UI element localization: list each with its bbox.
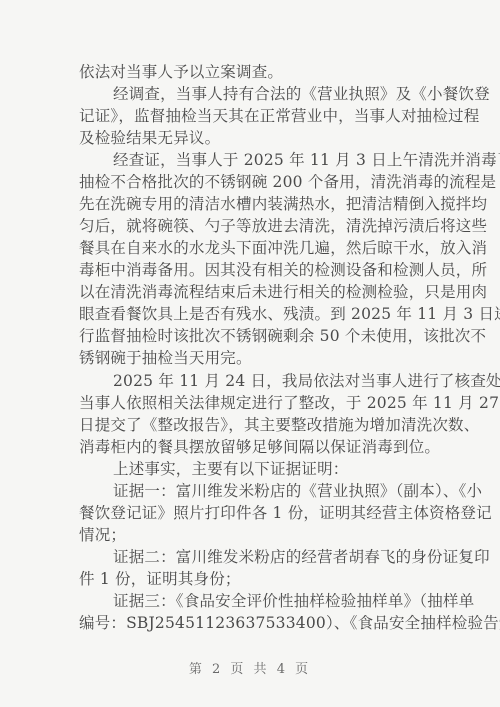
text-line: 以在清洗消毒流程结束后未进行相关的检测检验，只是用肉 xyxy=(79,281,424,303)
text-line: 依法对当事人予以立案调查。 xyxy=(79,61,424,83)
text-line: 编号：SBJ25451123637533400）、《食品安全抽样检验告知 xyxy=(79,612,424,634)
text-line: 经查证，当事人于 2025 年 11 月 3 日上午清洗并消毒了 xyxy=(113,149,424,171)
text-line: 证据二：富川维发米粉店的经营者胡春飞的身份证复印 xyxy=(113,546,424,568)
text-line: 经调查，当事人持有合法的《营业执照》及《小餐饮登 xyxy=(113,83,424,105)
text-line: 行监督抽检时该批次不锈钢碗剩余 50 个未使用，该批次不 xyxy=(79,325,424,347)
text-line: 餐饮登记证》照片打印件各 1 份，证明其经营主体资格登记 xyxy=(79,502,424,524)
text-line: 2025 年 11 月 24 日，我局依法对当事人进行了核查处置； xyxy=(113,370,424,392)
text-line: 毒柜中消毒备用。因其没有相关的检测设备和检测人员，所 xyxy=(79,259,424,281)
text-line: 情况； xyxy=(79,524,424,546)
text-line: 证据三：《食品安全评价性抽样检验抽样单》（抽样单 xyxy=(113,590,424,612)
text-line: 餐具在自来水的水龙头下面冲洗几遍，然后晾干水，放入消 xyxy=(79,237,424,259)
text-line: 锈钢碗于抽检当天用完。 xyxy=(79,347,424,369)
text-line: 证据一：富川维发米粉店的《营业执照》（副本）、《小 xyxy=(113,480,424,502)
text-line: 匀后，就将碗筷、勺子等放进去清洗，清洗掉污渍后将这些 xyxy=(79,215,424,237)
text-line: 日提交了《整改报告》，其主要整改措施为增加清洗次数、 xyxy=(79,414,424,436)
text-line: 先在洗碗专用的清洁水槽内装满热水，把清洁精倒入搅拌均 xyxy=(79,193,424,215)
text-line: 眼查看餐饮具上是否有残水、残渍。到 2025 年 11 月 3 日进 xyxy=(79,303,424,325)
text-line: 抽检不合格批次的不锈钢碗 200 个备用，清洗消毒的流程是 xyxy=(79,171,424,193)
text-line: 上述事实，主要有以下证据证明： xyxy=(113,458,424,480)
text-line: 记证》，监督抽检当天其在正常营业中，当事人对抽检过程 xyxy=(79,105,424,127)
text-line: 当事人依照相关法律规定进行了整改，于 2025 年 11 月 27 xyxy=(79,392,424,414)
text-line: 件 1 份，证明其身份； xyxy=(79,568,424,590)
document-page: 依法对当事人予以立案调查。 经调查，当事人持有合法的《营业执照》及《小餐饮登 记… xyxy=(0,0,500,707)
text-line: 及检验结果无异议。 xyxy=(79,127,424,149)
page-number-footer: 第 2 页 共 4 页 xyxy=(0,658,500,677)
text-line: 消毒柜内的餐具摆放留够足够间隔以保证消毒到位。 xyxy=(79,436,424,458)
